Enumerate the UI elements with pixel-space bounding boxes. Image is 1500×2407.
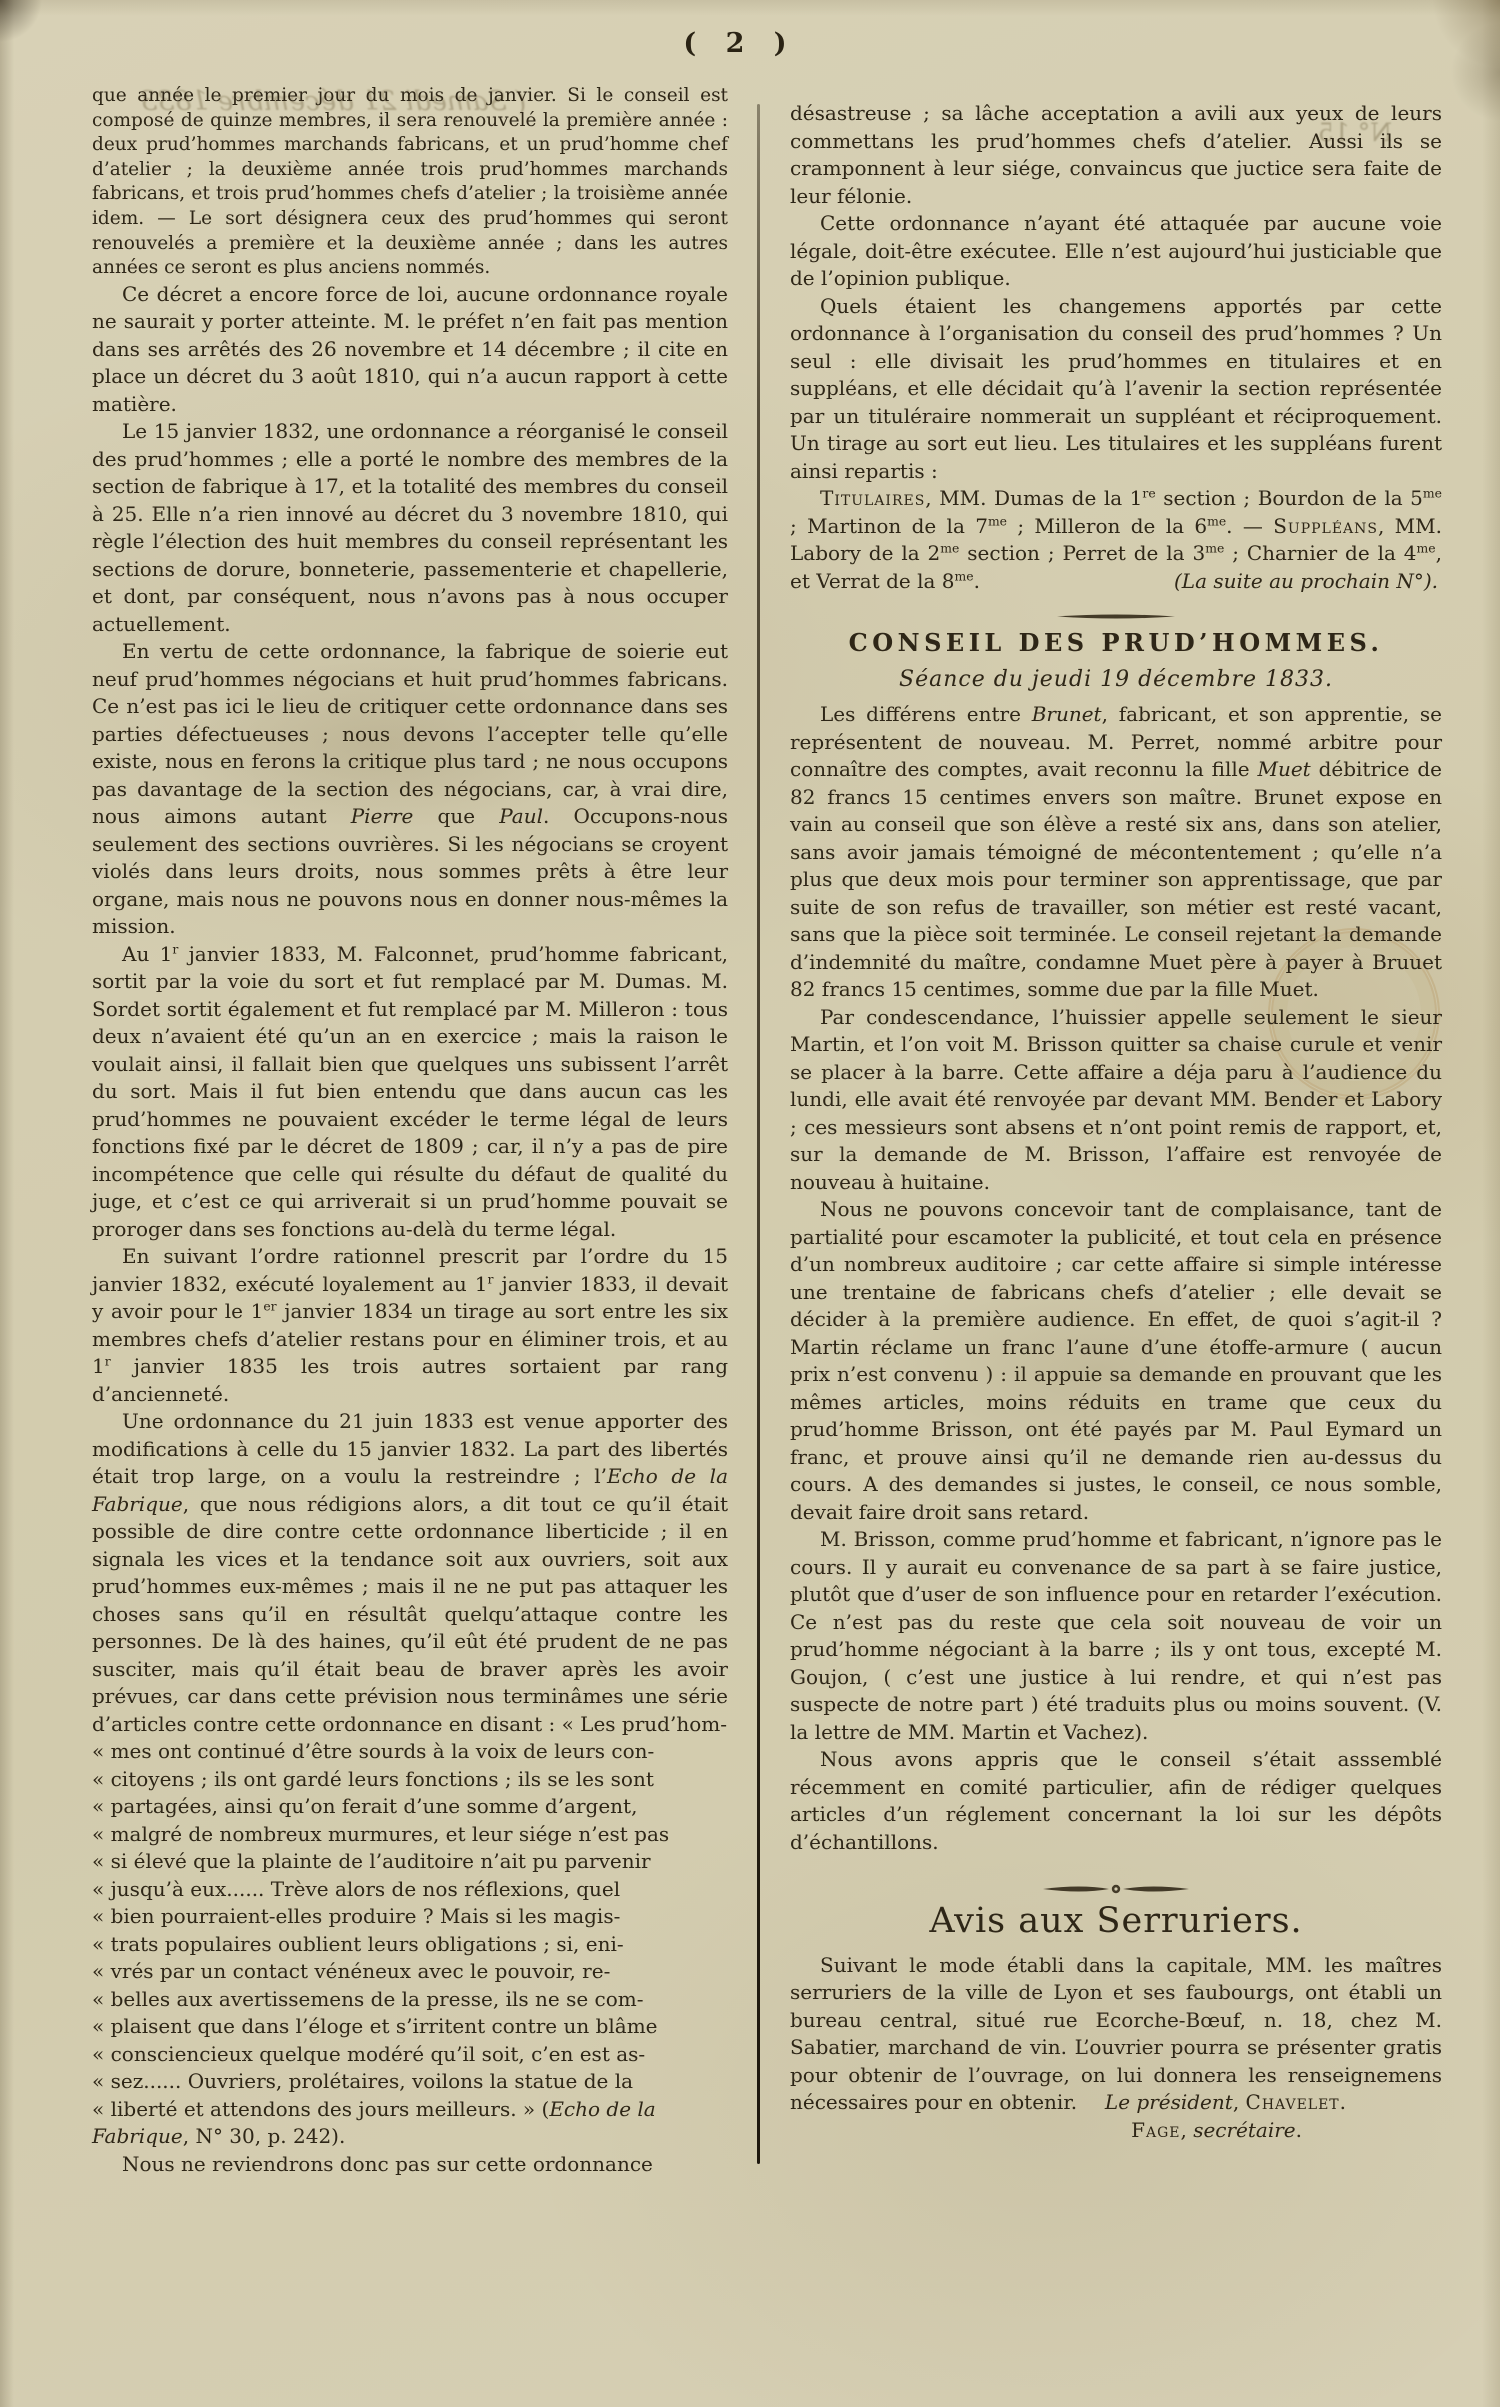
quote-line: « partagées, ainsi qu’on ferait d’une so…	[92, 1793, 728, 1821]
quote-line: « belles aux avertissemens de la presse,…	[92, 1986, 728, 2014]
section-title-avis: Avis aux Serruriers.	[790, 1908, 1442, 1936]
quote-line: « trats populaires oublient leurs obliga…	[92, 1931, 728, 1959]
divider-rule-icon	[1057, 612, 1175, 621]
quote-line: « consciencieux quelque modéré qu’il soi…	[92, 2041, 728, 2069]
quote-line: « jusqu’à eux...... Trève alors de nos r…	[92, 1876, 728, 1904]
quote-line: « mes ont continué d’être sourds à la vo…	[92, 1738, 728, 1766]
paragraph: Nous avons appris que le conseil s’était…	[790, 1746, 1442, 1856]
quote-line: « bien pourraient-elles produire ? Mais …	[92, 1903, 728, 1931]
paragraph: Les différens entre Brunet, fabricant, e…	[790, 701, 1442, 1004]
page-number: ( 2 )	[0, 28, 1480, 59]
quote-line: « plaisent que dans l’éloge et s’irriten…	[92, 2013, 728, 2041]
paragraph: Cette ordonnance n’ayant été attaquée pa…	[790, 210, 1442, 293]
paragraph: Une ordonnance du 21 juin 1833 est venue…	[92, 1408, 728, 1738]
right-column: désastreuse ; sa lâche acceptation a avi…	[790, 100, 1442, 2144]
paragraph: Par condescendance, l’huissier appelle s…	[790, 1004, 1442, 1197]
paragraph: Ce décret a encore force de loi, aucune …	[92, 281, 728, 419]
quote-line: « sez...... Ouvriers, prolétaires, voilo…	[92, 2068, 728, 2096]
quote-line: « si élevé que la plainte de l’auditoire…	[92, 1848, 728, 1876]
paragraph: que année le premier jour du mois de jan…	[92, 84, 728, 281]
left-column: que année le premier jour du mois de jan…	[92, 84, 728, 2178]
paragraph: Nous ne reviendrons donc pas sur cette o…	[92, 2151, 728, 2179]
column-divider-rule	[757, 104, 760, 2164]
paragraph: Quels étaient les changemens apportés pa…	[790, 293, 1442, 486]
quote-line: « malgré de nombreux murmures, et leur s…	[92, 1821, 728, 1849]
paragraph: En suivant l’ordre rationnel prescrit pa…	[92, 1243, 728, 1408]
quote-line: « citoyens ; ils ont gardé leurs fonctio…	[92, 1766, 728, 1794]
paragraph: désastreuse ; sa lâche acceptation a avi…	[790, 100, 1442, 210]
signature-secretary: Fage, secrétaire.	[790, 2117, 1442, 2145]
paragraph: Nous ne pouvons concevoir tant de compla…	[790, 1196, 1442, 1526]
paragraph: M. Brisson, comme prud’homme et fabrican…	[790, 1526, 1442, 1746]
quote-line: « liberté et attendons des jours meilleu…	[92, 2096, 728, 2151]
quote-block: « mes ont continué d’être sourds à la vo…	[92, 1738, 728, 2151]
paragraph: En vertu de cette ordonnance, la fabriqu…	[92, 638, 728, 941]
newspaper-page: ( 2 ) ( Samedi 21 décembre 1833 N° 15. q…	[0, 0, 1500, 2407]
ornament-divider-icon	[1041, 1882, 1191, 1896]
quote-line: « vrés par un contact vénéneux avec le p…	[92, 1958, 728, 1986]
section-title: CONSEIL DES PRUD’HOMMES.	[790, 629, 1442, 657]
section-subtitle: Séance du jeudi 19 décembre 1833.	[790, 666, 1442, 694]
paragraph: Le 15 janvier 1832, une ordonnance a réo…	[92, 418, 728, 638]
paragraph: Au 1r janvier 1833, M. Falconnet, prud’h…	[92, 941, 728, 1244]
